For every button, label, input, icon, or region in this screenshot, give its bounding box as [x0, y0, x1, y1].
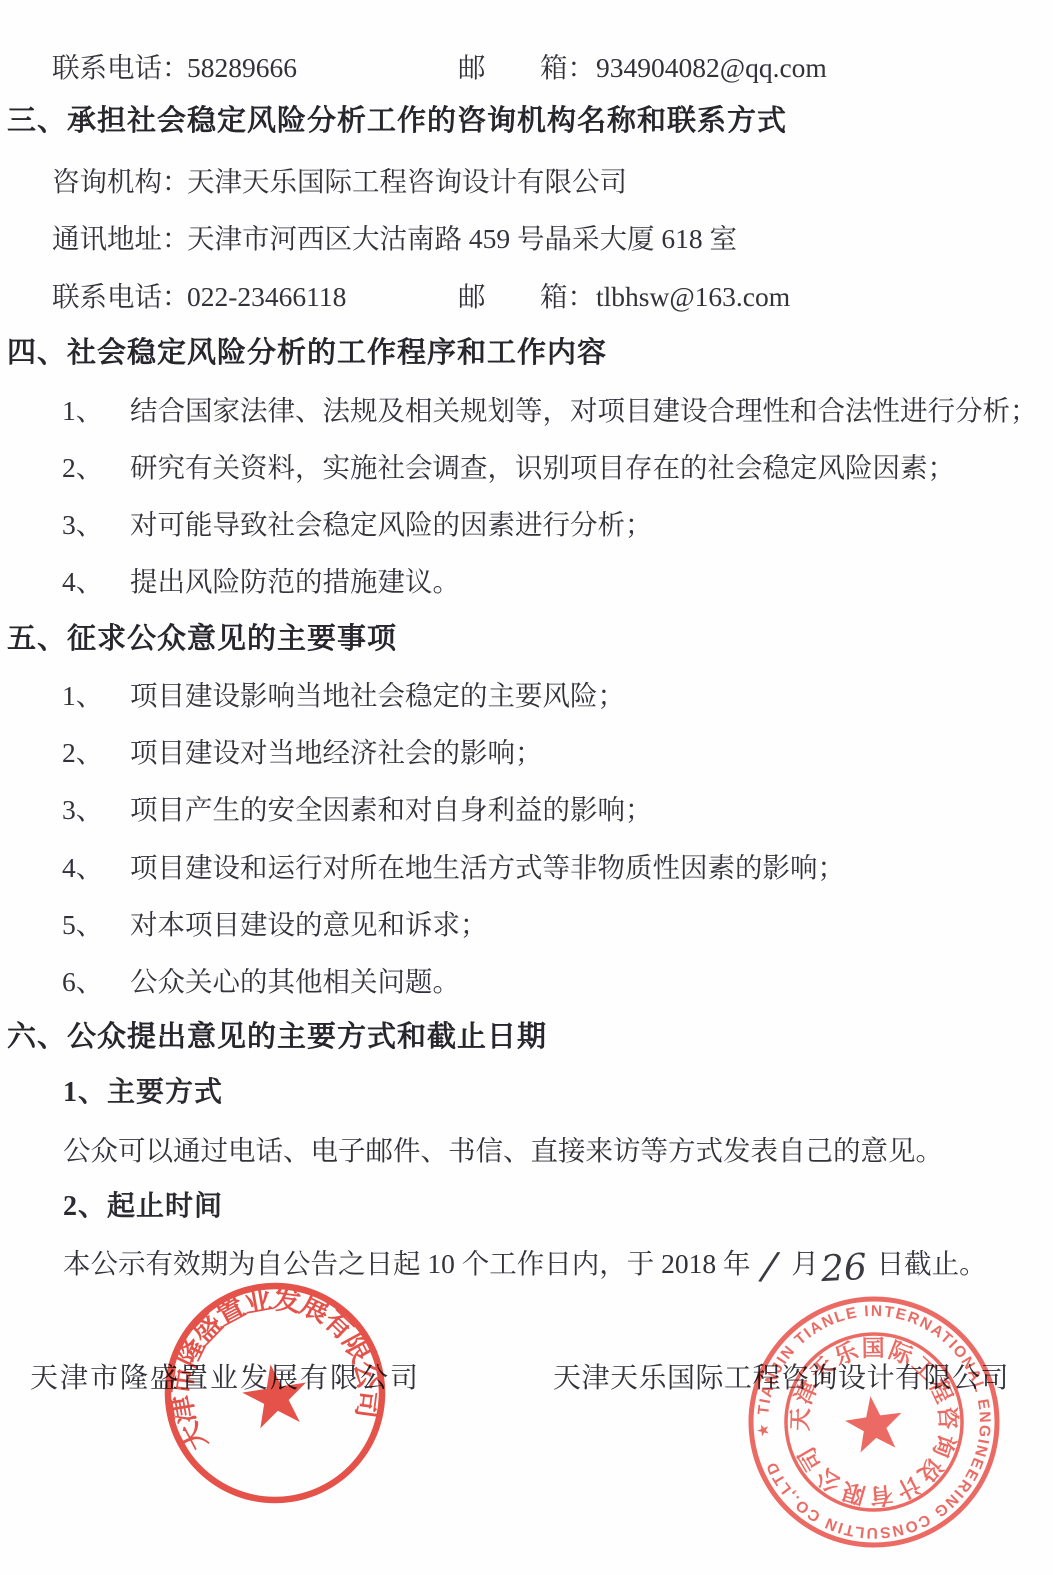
- org-label: 咨询机构：: [52, 164, 190, 200]
- tel-value: 022-23466118: [187, 279, 346, 315]
- item-number: 2、: [62, 450, 103, 486]
- item-text: 对本项目建设的意见和诉求；: [130, 907, 488, 943]
- section4-heading: 四、社会稳定风险分析的工作程序和工作内容: [7, 334, 607, 372]
- svg-text:天津天乐国际工程咨询设计有限公司: 天津天乐国际工程咨询设计有限公司: [776, 1324, 972, 1521]
- item-number: 3、: [62, 792, 103, 828]
- item-text: 研究有关资料，实施社会调查，识别项目存在的社会稳定风险因素；: [130, 450, 955, 486]
- handwritten-month: /: [761, 1246, 778, 1285]
- deadline-prefix: 本公示有效期为自公告之日起 10 个工作日内，于 2018 年: [63, 1248, 751, 1279]
- address-label: 通讯地址：: [52, 221, 190, 257]
- item-number: 3、: [62, 507, 103, 543]
- list-item: 6、 公众关心的其他相关问题。: [0, 964, 1053, 1004]
- item-text: 项目产生的安全因素和对自身利益的影响；: [130, 792, 653, 828]
- item-number: 6、: [62, 964, 103, 1000]
- section3-heading: 三、承担社会稳定风险分析工作的咨询机构名称和联系方式: [7, 102, 787, 140]
- item-number: 2、: [62, 735, 103, 771]
- signature-company-right: 天津天乐国际工程咨询设计有限公司: [553, 1356, 1009, 1396]
- section5-heading: 五、征求公众意见的主要事项: [7, 620, 397, 658]
- seal-right-english-ring-text: ★ TIANJIN TIANLE INTERNATIONAL ENGINEERI…: [746, 1294, 1002, 1550]
- item-number: 1、: [62, 678, 103, 714]
- section6-sub1-heading: 1、主要方式: [63, 1074, 223, 1112]
- tel-line: 联系电话： 022-23466118 邮 箱： tlbhsw@163.com: [0, 279, 1053, 319]
- list-item: 5、 对本项目建设的意见和诉求；: [0, 907, 1053, 947]
- top-contact-line: 联系电话： 58289666 邮 箱： 934904082@qq.com: [0, 50, 1053, 90]
- mail-label-a: 邮: [458, 50, 486, 86]
- item-text: 对可能导致社会稳定风险的因素进行分析；: [130, 507, 653, 543]
- section6-heading: 六、公众提出意见的主要方式和截止日期: [7, 1018, 547, 1056]
- mail2-label-a: 邮: [458, 279, 486, 315]
- list-item: 2、 项目建设对当地经济社会的影响；: [0, 735, 1053, 775]
- item-text: 结合国家法律、法规及相关规划等，对项目建设合理性和合法性进行分析；: [130, 393, 1038, 429]
- svg-text:★ TIANJIN TIANLE INTERNATIONAL: ★ TIANJIN TIANLE INTERNATIONAL ENGINEERI…: [746, 1294, 1002, 1550]
- tel-label: 联系电话：: [52, 279, 190, 315]
- company-seal-right: ★ TIANJIN TIANLE INTERNATIONAL ENGINEERI…: [746, 1294, 1002, 1550]
- item-text: 项目建设对当地经济社会的影响；: [130, 735, 543, 771]
- deadline-suffix: 日截止。: [877, 1248, 987, 1279]
- item-text: 提出风险防范的措施建议。: [130, 564, 460, 600]
- item-number: 1、: [62, 393, 103, 429]
- item-text: 公众关心的其他相关问题。: [130, 964, 460, 1000]
- seal-right-star-icon: [842, 1392, 906, 1454]
- list-item: 1、 结合国家法律、法规及相关规划等，对项目建设合理性和合法性进行分析；: [0, 393, 1053, 433]
- address-value: 天津市河西区大沽南路 459 号晶采大厦 618 室: [187, 221, 737, 257]
- mail-value: 934904082@qq.com: [596, 50, 827, 86]
- phone-value: 58289666: [187, 50, 297, 86]
- handwritten-day: 26: [820, 1249, 868, 1289]
- list-item: 2、 研究有关资料，实施社会调查，识别项目存在的社会稳定风险因素；: [0, 450, 1053, 490]
- list-item: 3、 项目产生的安全因素和对自身利益的影响；: [0, 792, 1053, 832]
- item-text: 项目建设和运行对所在地生活方式等非物质性因素的影响；: [130, 850, 845, 886]
- org-value: 天津天乐国际工程咨询设计有限公司: [187, 164, 627, 200]
- item-text: 项目建设影响当地社会稳定的主要风险；: [130, 678, 625, 714]
- section6-sub2-heading: 2、起止时间: [63, 1188, 223, 1226]
- address-line: 通讯地址： 天津市河西区大沽南路 459 号晶采大厦 618 室: [0, 221, 1053, 261]
- mail2-label-b: 箱：: [540, 279, 595, 315]
- list-item: 4、 提出风险防范的措施建议。: [0, 564, 1053, 604]
- signature-company-left: 天津市隆盛置业发展有限公司: [30, 1356, 420, 1396]
- list-item: 3、 对可能导致社会稳定风险的因素进行分析；: [0, 507, 1053, 547]
- seal-right-chinese-ring-text: 天津天乐国际工程咨询设计有限公司: [776, 1324, 972, 1521]
- item-number: 5、: [62, 907, 103, 943]
- phone-label: 联系电话：: [52, 50, 190, 86]
- month-unit: 月: [791, 1248, 819, 1279]
- section6-sub1-text: 公众可以通过电话、电子邮件、书信、直接来访等方式发表自己的意见。: [63, 1132, 943, 1170]
- item-number: 4、: [62, 850, 103, 886]
- list-item: 1、 项目建设影响当地社会稳定的主要风险；: [0, 678, 1053, 718]
- deadline-line: 本公示有效期为自公告之日起 10 个工作日内，于 2018 年/月26日截止。: [63, 1245, 987, 1288]
- mail-label-b: 箱：: [540, 50, 595, 86]
- item-number: 4、: [62, 564, 103, 600]
- mail2-value: tlbhsw@163.com: [596, 279, 790, 315]
- document-page: 联系电话： 58289666 邮 箱： 934904082@qq.com 三、承…: [0, 0, 1053, 1575]
- org-line: 咨询机构： 天津天乐国际工程咨询设计有限公司: [0, 164, 1053, 204]
- list-item: 4、 项目建设和运行对所在地生活方式等非物质性因素的影响；: [0, 850, 1053, 890]
